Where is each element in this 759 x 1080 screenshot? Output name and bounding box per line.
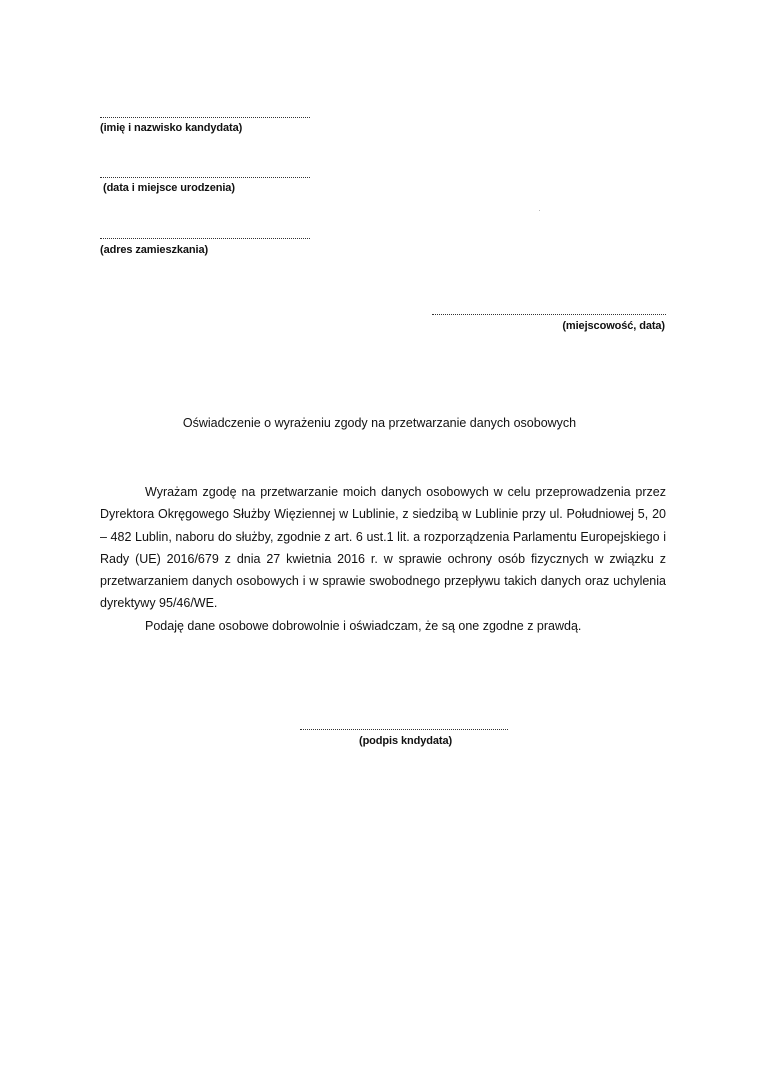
scan-speck <box>539 210 540 211</box>
place-date-label: (miejscowość, data) <box>562 320 665 332</box>
consent-paragraph: Wyrażam zgodę na przetwarzanie moich dan… <box>100 481 666 615</box>
birth-field-label: (data i miejsce urodzenia) <box>103 182 235 194</box>
name-field-label: (imię i nazwisko kandydata) <box>100 122 242 134</box>
document-body: Wyrażam zgodę na przetwarzanie moich dan… <box>100 481 666 637</box>
birth-field-line[interactable] <box>100 177 310 178</box>
name-field-line[interactable] <box>100 117 310 118</box>
place-date-line[interactable] <box>432 314 666 315</box>
document-title: Oświadczenie o wyrażeniu zgody na przetw… <box>0 416 759 430</box>
signature-label: (podpis kndydata) <box>359 735 452 747</box>
address-field-line[interactable] <box>100 238 310 239</box>
signature-line[interactable] <box>300 729 508 730</box>
address-field-label: (adres zamieszkania) <box>100 244 208 256</box>
declaration-paragraph: Podaję dane osobowe dobrowolnie i oświad… <box>100 615 666 637</box>
